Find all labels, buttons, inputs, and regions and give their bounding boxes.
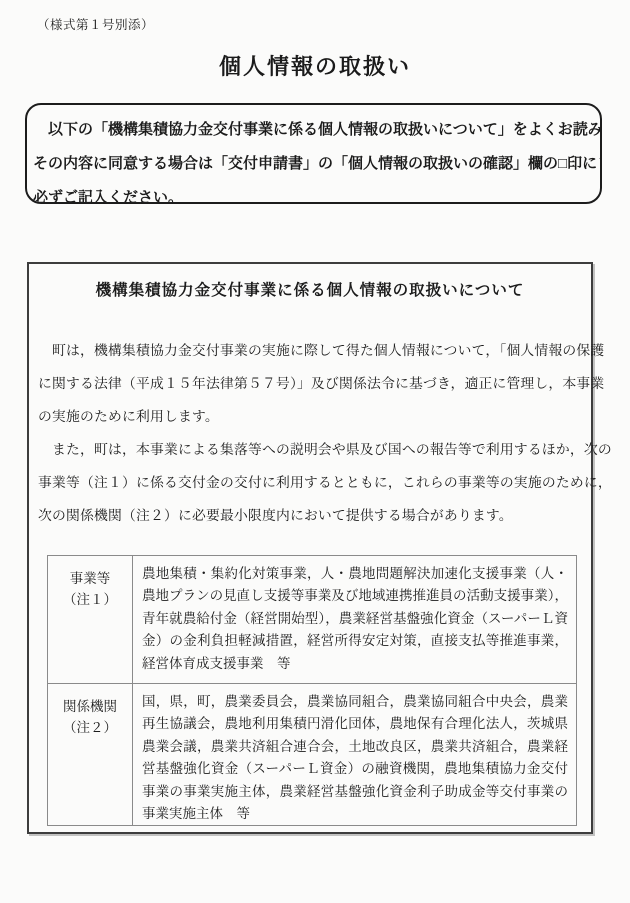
notice-text: 以下の「機構集積協力金交付事業に係る個人情報の取扱いについて」をよくお読みになり… (33, 113, 596, 204)
form-number-note: （様式第１号別添） (37, 15, 154, 33)
body-paragraphs: 町は，機構集積協力金交付事業の実施に際して得た個人情報について，「個人情報の保護… (38, 334, 588, 532)
row-content-agencies: 国，県，町，農業委員会，農業協同組合，農業協同組合中央会，農業再生協議会，農地利… (133, 684, 577, 826)
paragraph-usage: 町は，機構集積協力金交付事業の実施に際して得た個人情報について，「個人情報の保護… (38, 334, 588, 433)
row-header-agencies-note: （注２） (49, 717, 131, 738)
row-header-projects: 事業等 （注１） (48, 556, 133, 684)
document-title: 個人情報の取扱い (0, 50, 630, 81)
row-header-projects-label: 事業等 (49, 568, 131, 589)
table-row-agencies: 関係機関 （注２） 国，県，町，農業委員会，農業協同組合，農業協同組合中央会，農… (48, 684, 577, 826)
document-page: （様式第１号別添） 個人情報の取扱い 以下の「機構集積協力金交付事業に係る個人情… (0, 0, 630, 903)
section-heading: 機構集積協力金交付事業に係る個人情報の取扱いについて (29, 278, 591, 300)
row-header-agencies: 関係機関 （注２） (48, 684, 133, 826)
personal-info-handling-box: 機構集積協力金交付事業に係る個人情報の取扱いについて 町は，機構集積協力金交付事… (27, 262, 593, 834)
provision-table: 事業等 （注１） 農地集積・集約化対策事業，人・農地問題解決加速化支援事業（人・… (47, 555, 577, 826)
row-content-projects: 農地集積・集約化対策事業，人・農地問題解決加速化支援事業（人・農地プランの見直し… (133, 556, 577, 684)
paragraph-provision: また，町は，本事業による集落等への説明会や県及び国への報告等で利用するほか，次の… (38, 433, 588, 532)
notice-box: 以下の「機構集積協力金交付事業に係る個人情報の取扱いについて」をよくお読みになり… (25, 103, 602, 204)
row-header-projects-note: （注１） (49, 589, 131, 610)
row-header-agencies-label: 関係機関 (49, 696, 131, 717)
table-row-projects: 事業等 （注１） 農地集積・集約化対策事業，人・農地問題解決加速化支援事業（人・… (48, 556, 577, 684)
